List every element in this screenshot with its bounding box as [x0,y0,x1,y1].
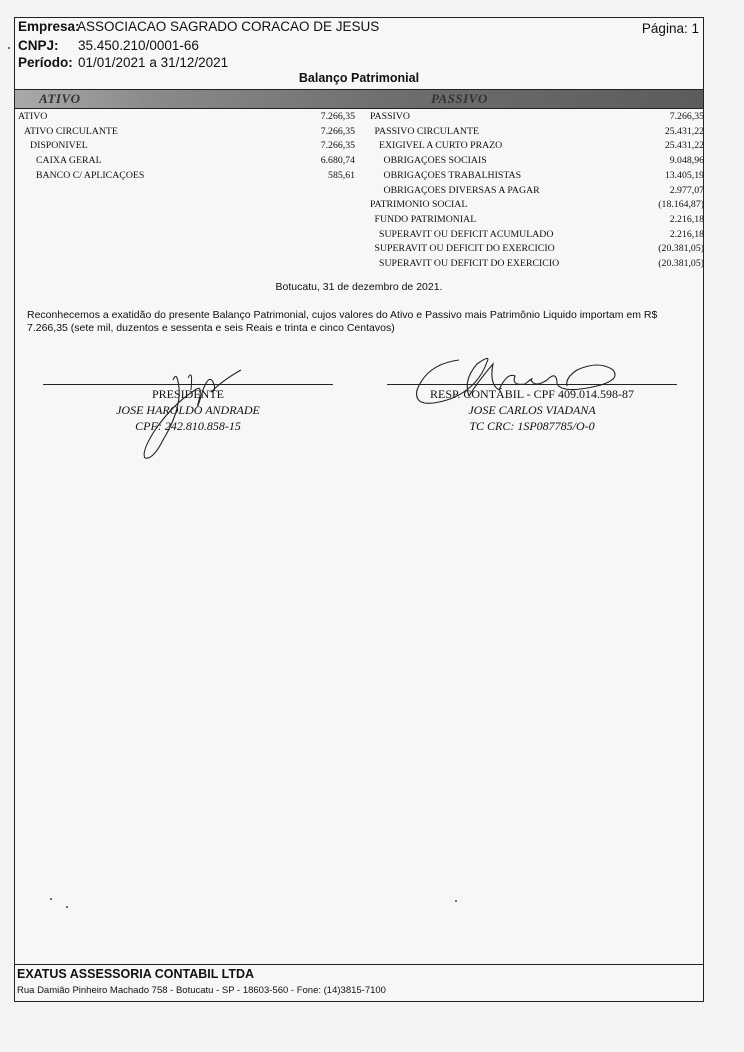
account-name: SUPERAVIT OU DEFICIT DO EXERCICIO [375,242,555,256]
ativo-row: CAIXA GERAL6.680,74 [15,154,355,168]
account-name: OBRIGAÇOES SOCIAIS [384,154,487,168]
account-value: 2.216,18 [670,228,704,242]
signer-role: PRESIDENTE [43,386,333,402]
document-footer: EXATUS ASSESSORIA CONTABIL LTDA Rua Dami… [15,964,703,1002]
signature-block-president: PRESIDENTE JOSE HAROLDO ANDRADE CPF: 242… [43,386,333,434]
passivo-row: SUPERAVIT OU DEFICIT DO EXERCICIO(20.381… [365,257,705,271]
account-name: OBRIGAÇOES TRABALHISTAS [384,169,522,183]
ativo-row: BANCO C/ APLICAÇOES585,61 [15,169,355,183]
section-header-bar: ATIVO PASSIVO [15,90,703,109]
recognition-statement: Reconhecemos a exatidão do presente Bala… [27,309,687,334]
ativo-heading: ATIVO [39,91,81,107]
account-value: (18.164,87) [658,198,704,212]
account-name: CAIXA GERAL [36,154,102,168]
periodo-value: 01/01/2021 a 31/12/2021 [78,55,228,71]
periodo-label: Período: [18,55,73,70]
account-value: 13.405,19 [665,169,704,183]
passivo-row: PASSIVO CIRCULANTE25.431,22 [365,125,705,139]
signer-name: JOSE CARLOS VIADANA [387,402,677,418]
empresa-label: Empresa: [18,19,80,34]
periodo-line: Período: 01/01/2021 a 31/12/2021 [18,55,73,71]
account-value: 7.266,35 [321,139,355,153]
footer-address: Rua Damião Pinheiro Machado 758 - Botuca… [17,985,386,996]
passivo-row: SUPERAVIT OU DEFICIT DO EXERCICIO(20.381… [365,242,705,256]
account-value: 2.216,18 [670,213,704,227]
account-name: PASSIVO [370,110,410,124]
empresa-line: Empresa: ASSOCIACAO SAGRADO CORACAO DE J… [18,19,80,35]
account-name: EXIGIVEL A CURTO PRAZO [379,139,502,153]
account-value: 9.048,96 [670,154,704,168]
account-value: 2.977,07 [670,184,704,198]
account-value: 25.431,22 [665,125,704,139]
document-header: Empresa: ASSOCIACAO SAGRADO CORACAO DE J… [15,18,703,90]
passivo-row: OBRIGAÇOES SOCIAIS9.048,96 [365,154,705,168]
account-name: BANCO C/ APLICAÇOES [36,169,144,183]
passivo-row: EXIGIVEL A CURTO PRAZO25.431,22 [365,139,705,153]
account-name: OBRIGAÇOES DIVERSAS A PAGAR [384,184,540,198]
account-value: 6.680,74 [321,154,355,168]
passivo-row: PASSIVO7.266,35 [365,110,705,124]
account-name: FUNDO PATRIMONIAL [375,213,477,227]
ativo-row: DISPONIVEL7.266,35 [15,139,355,153]
account-name: ATIVO CIRCULANTE [24,125,118,139]
passivo-heading: PASSIVO [431,91,488,107]
page-value: 1 [691,21,699,36]
ativo-row: ATIVO CIRCULANTE7.266,35 [15,125,355,139]
account-value: 585,61 [328,169,355,183]
cnpj-value: 35.450.210/0001-66 [78,38,199,54]
account-name: PASSIVO CIRCULANTE [375,125,479,139]
page-number: Página: 1 [642,21,699,36]
passivo-row: PATRIMONIO SOCIAL(18.164,87) [365,198,705,212]
scan-speck [455,900,457,902]
footer-company-name: EXATUS ASSESSORIA CONTABIL LTDA [17,967,254,981]
signature-line-accountant [387,384,677,385]
account-value: 7.266,35 [670,110,704,124]
ativo-row: ATIVO7.266,35 [15,110,355,124]
passivo-row: OBRIGAÇOES TRABALHISTAS13.405,19 [365,169,705,183]
page-label: Página: [642,21,688,36]
scan-speck [66,906,68,908]
passivo-row: OBRIGAÇOES DIVERSAS A PAGAR2.977,07 [365,184,705,198]
date-line: Botucatu, 31 de dezembro de 2021. [15,281,703,293]
scan-speck [50,898,52,900]
signer-crc: TC CRC: 1SP087785/O-0 [387,418,677,434]
passivo-row: FUNDO PATRIMONIAL2.216,18 [365,213,705,227]
account-name: SUPERAVIT OU DEFICIT DO EXERCICIO [379,257,559,271]
account-value: 7.266,35 [321,110,355,124]
signer-role: RESP. CONTÁBIL - CPF 409.014.598-87 [387,386,677,402]
account-value: (20.381,05) [658,242,704,256]
cnpj-label: CNPJ: [18,38,59,53]
account-value: 25.431,22 [665,139,704,153]
signer-name: JOSE HAROLDO ANDRADE [43,402,333,418]
signer-cpf: CPF: 242.810.858-15 [43,418,333,434]
account-value: (20.381,05) [658,257,704,271]
document-title: Balanço Patrimonial [15,71,703,85]
signature-line-president [43,384,333,385]
empresa-value: ASSOCIACAO SAGRADO CORACAO DE JESUS [77,19,379,35]
cnpj-line: CNPJ: 35.450.210/0001-66 [18,38,59,54]
account-name: PATRIMONIO SOCIAL [370,198,467,212]
document-page: Empresa: ASSOCIACAO SAGRADO CORACAO DE J… [14,17,704,1002]
passivo-row: SUPERAVIT OU DEFICIT ACUMULADO2.216,18 [365,228,705,242]
account-name: SUPERAVIT OU DEFICIT ACUMULADO [379,228,553,242]
account-name: DISPONIVEL [30,139,88,153]
signature-block-accountant: RESP. CONTÁBIL - CPF 409.014.598-87 JOSE… [387,386,677,434]
scan-speck [8,47,10,49]
account-name: ATIVO [18,110,47,124]
account-value: 7.266,35 [321,125,355,139]
